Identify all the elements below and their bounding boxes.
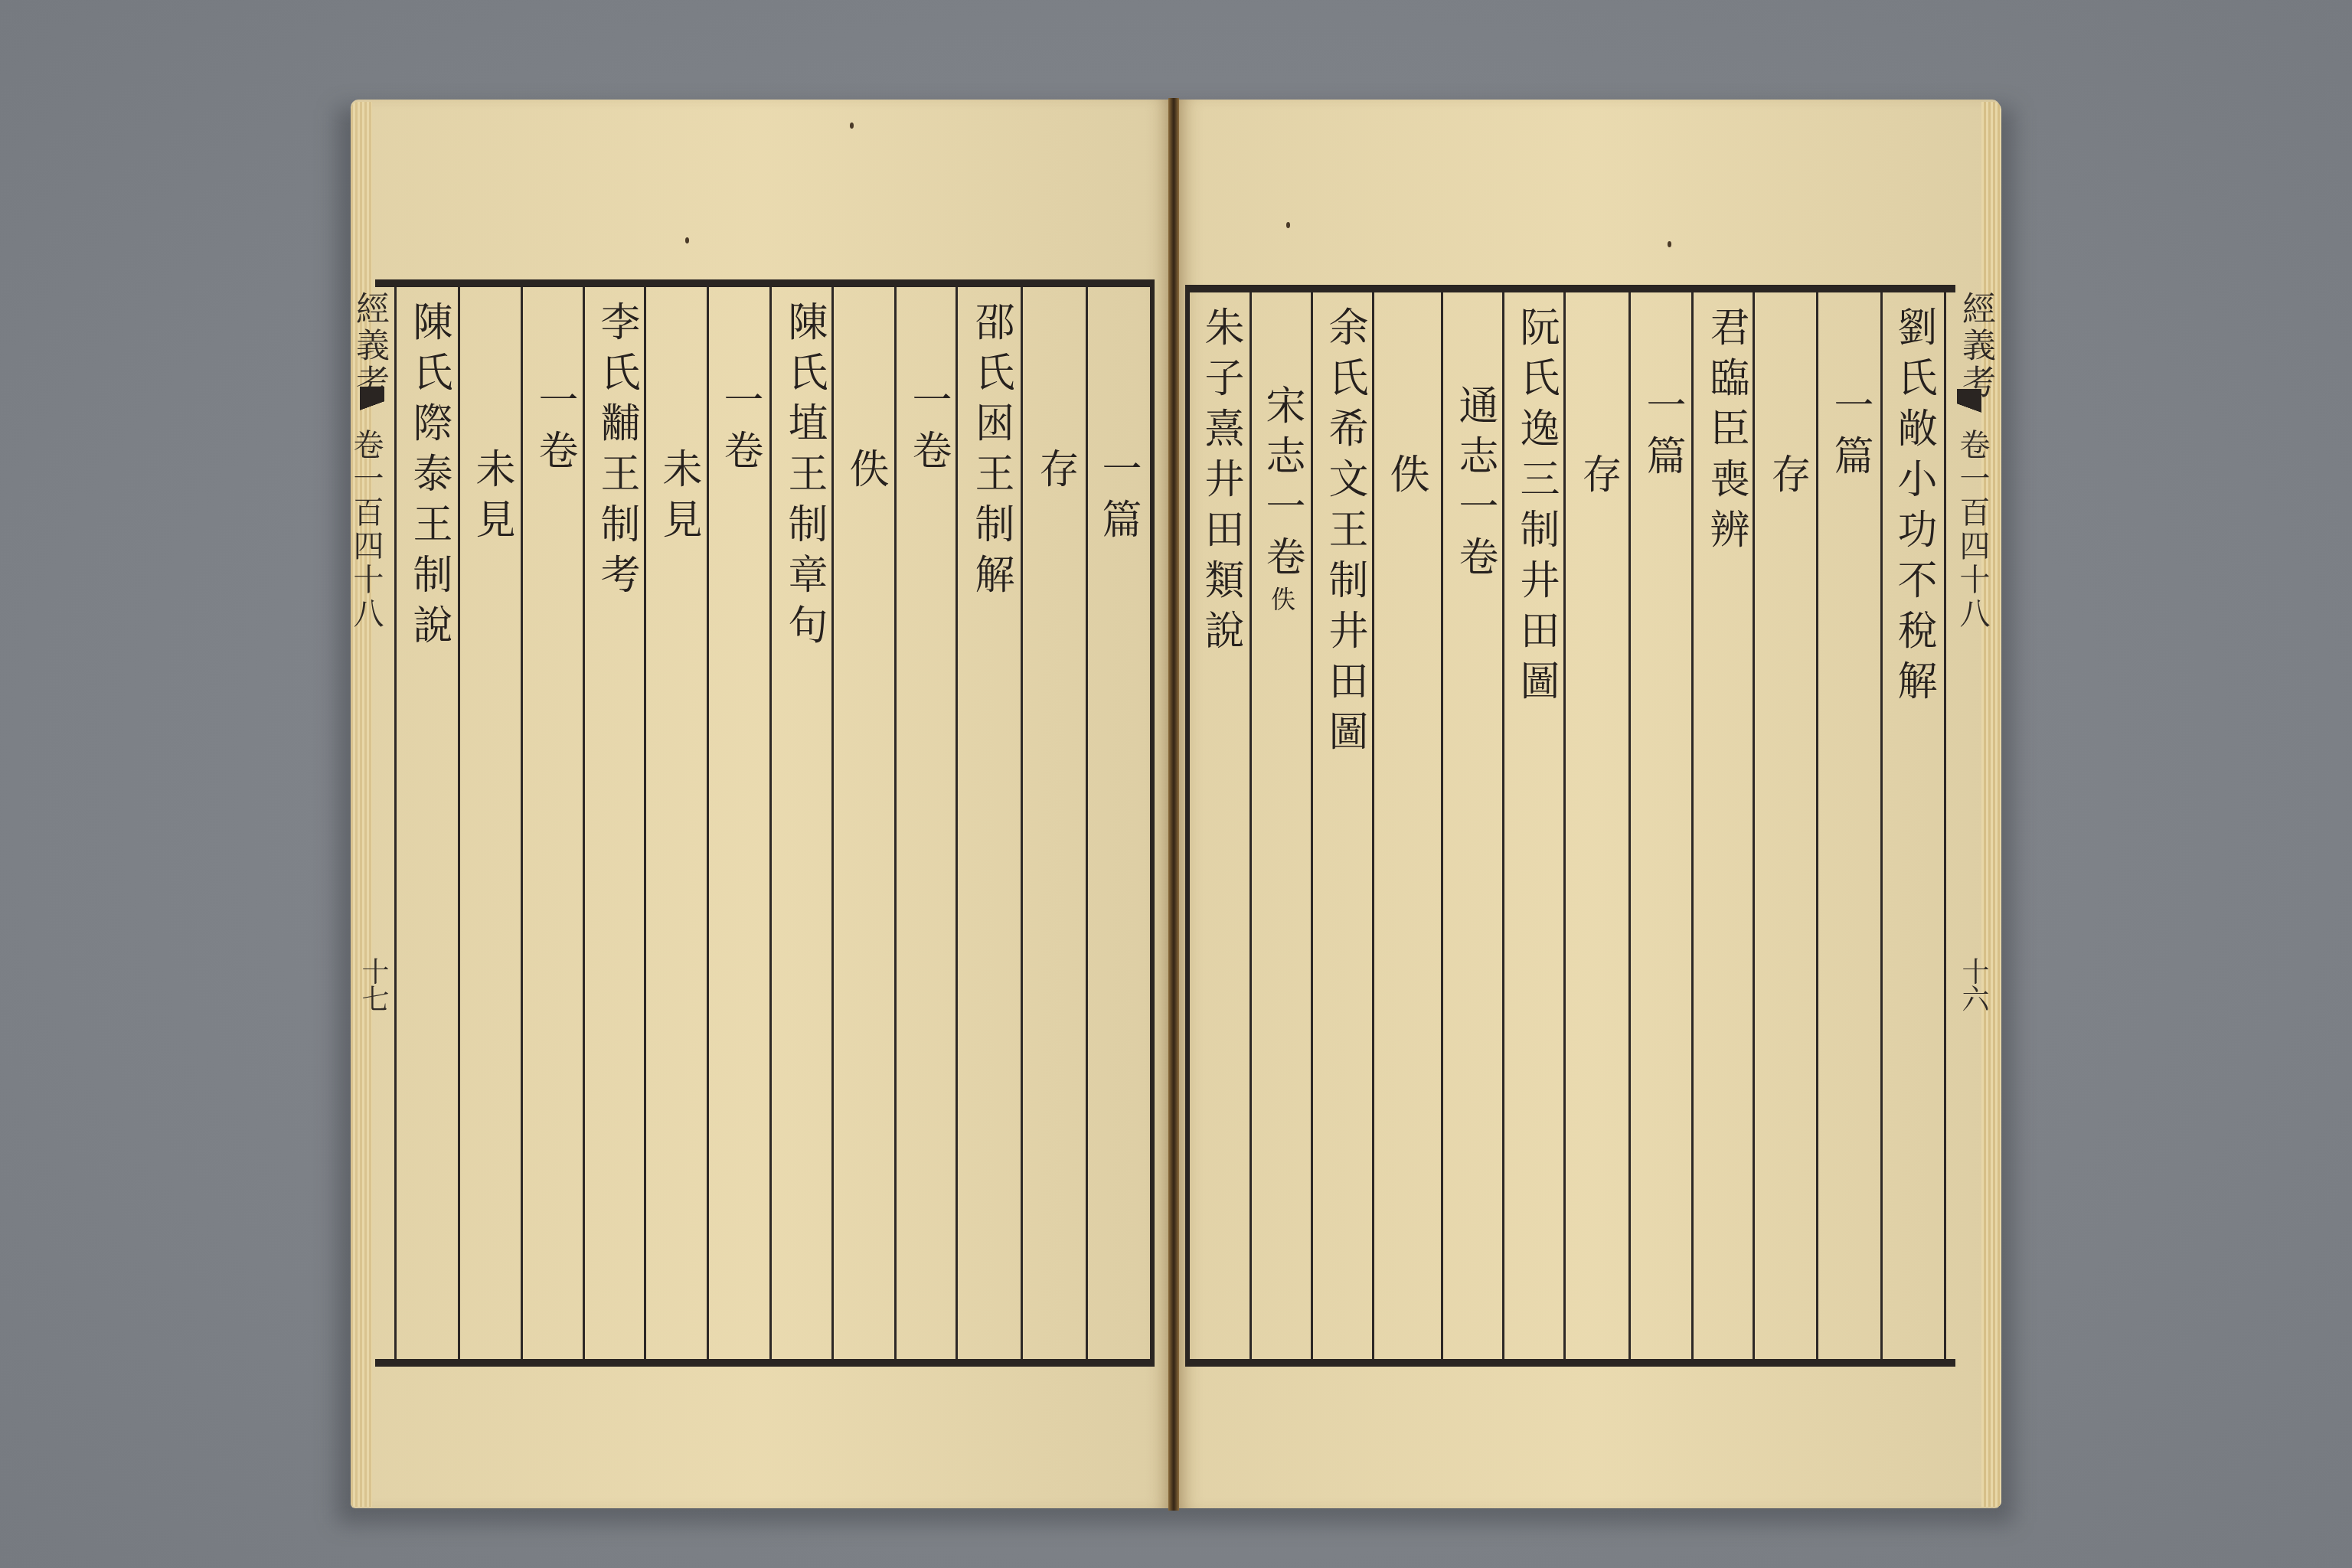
- block-mouth-title: 經義考: [345, 291, 394, 401]
- text-column: 陳氏際泰王制說: [398, 301, 459, 655]
- fishtail-mark: [360, 387, 384, 420]
- paper-speck: [850, 122, 854, 129]
- text-column: 一卷: [709, 379, 770, 480]
- column-rule: [1628, 292, 1631, 1359]
- text-column: 朱子熹井田類說: [1190, 306, 1251, 660]
- text-column: 君臨臣喪辨: [1695, 306, 1756, 559]
- folio-number: 十六: [1954, 957, 1993, 1012]
- text-column: 陳氏埴王制章句: [773, 301, 835, 655]
- text-column: 邵氏囦王制解: [960, 301, 1021, 604]
- text-column: 一篇: [1087, 448, 1148, 549]
- text-column: 存: [1024, 448, 1086, 498]
- paper-speck: [685, 237, 689, 243]
- text-column: 佚: [1375, 453, 1436, 504]
- column-rule: [394, 287, 397, 1359]
- paper-speck: [1668, 241, 1671, 247]
- text-column: 劉氏敞小功不稅解: [1883, 306, 1944, 710]
- text-column: 存: [1567, 453, 1628, 504]
- text-column: 存: [1756, 453, 1818, 504]
- text-column: 宋志一卷佚: [1251, 384, 1312, 616]
- column-rule: [1944, 292, 1946, 1359]
- block-mouth-title: 經義考: [1951, 291, 2000, 401]
- block-mouth-volume: 卷一百四十八: [1951, 429, 1994, 631]
- text-column: 通志一卷: [1444, 384, 1505, 586]
- text-column: 余氏希文王制井田圖: [1314, 306, 1375, 761]
- text-column: 未見: [648, 448, 709, 549]
- text-column: 一篇: [1632, 384, 1693, 485]
- column-rule: [1441, 292, 1443, 1359]
- text-column: 一卷: [897, 379, 959, 480]
- left-page-frame: 一篇 存 邵氏囦王制解 一卷 佚 陳氏埴王制章句 一卷 未見 李氏黼王制考 一卷…: [375, 279, 1155, 1367]
- book-gutter: [1168, 98, 1179, 1511]
- column-rule: [1816, 292, 1818, 1359]
- text-column: 李氏黼王制考: [586, 301, 647, 604]
- paper-speck: [1286, 222, 1290, 228]
- text-column: 一篇: [1819, 384, 1880, 485]
- block-mouth-volume: 卷一百四十八: [345, 429, 388, 631]
- column-main-text: 宋志一卷: [1259, 384, 1305, 586]
- column-note: 佚: [1267, 586, 1296, 616]
- text-column: 一卷: [524, 379, 585, 480]
- right-page-frame: 劉氏敞小功不稅解 一篇 存 君臨臣喪辨 一篇 存 阮氏逸三制井田圖 通志一卷 佚…: [1185, 285, 1955, 1367]
- text-column: 佚: [835, 448, 896, 498]
- folio-number: 十七: [354, 957, 393, 1012]
- text-column: 阮氏逸三制井田圖: [1505, 306, 1566, 710]
- text-column: 未見: [461, 448, 522, 549]
- fishtail-mark: [1957, 389, 1981, 423]
